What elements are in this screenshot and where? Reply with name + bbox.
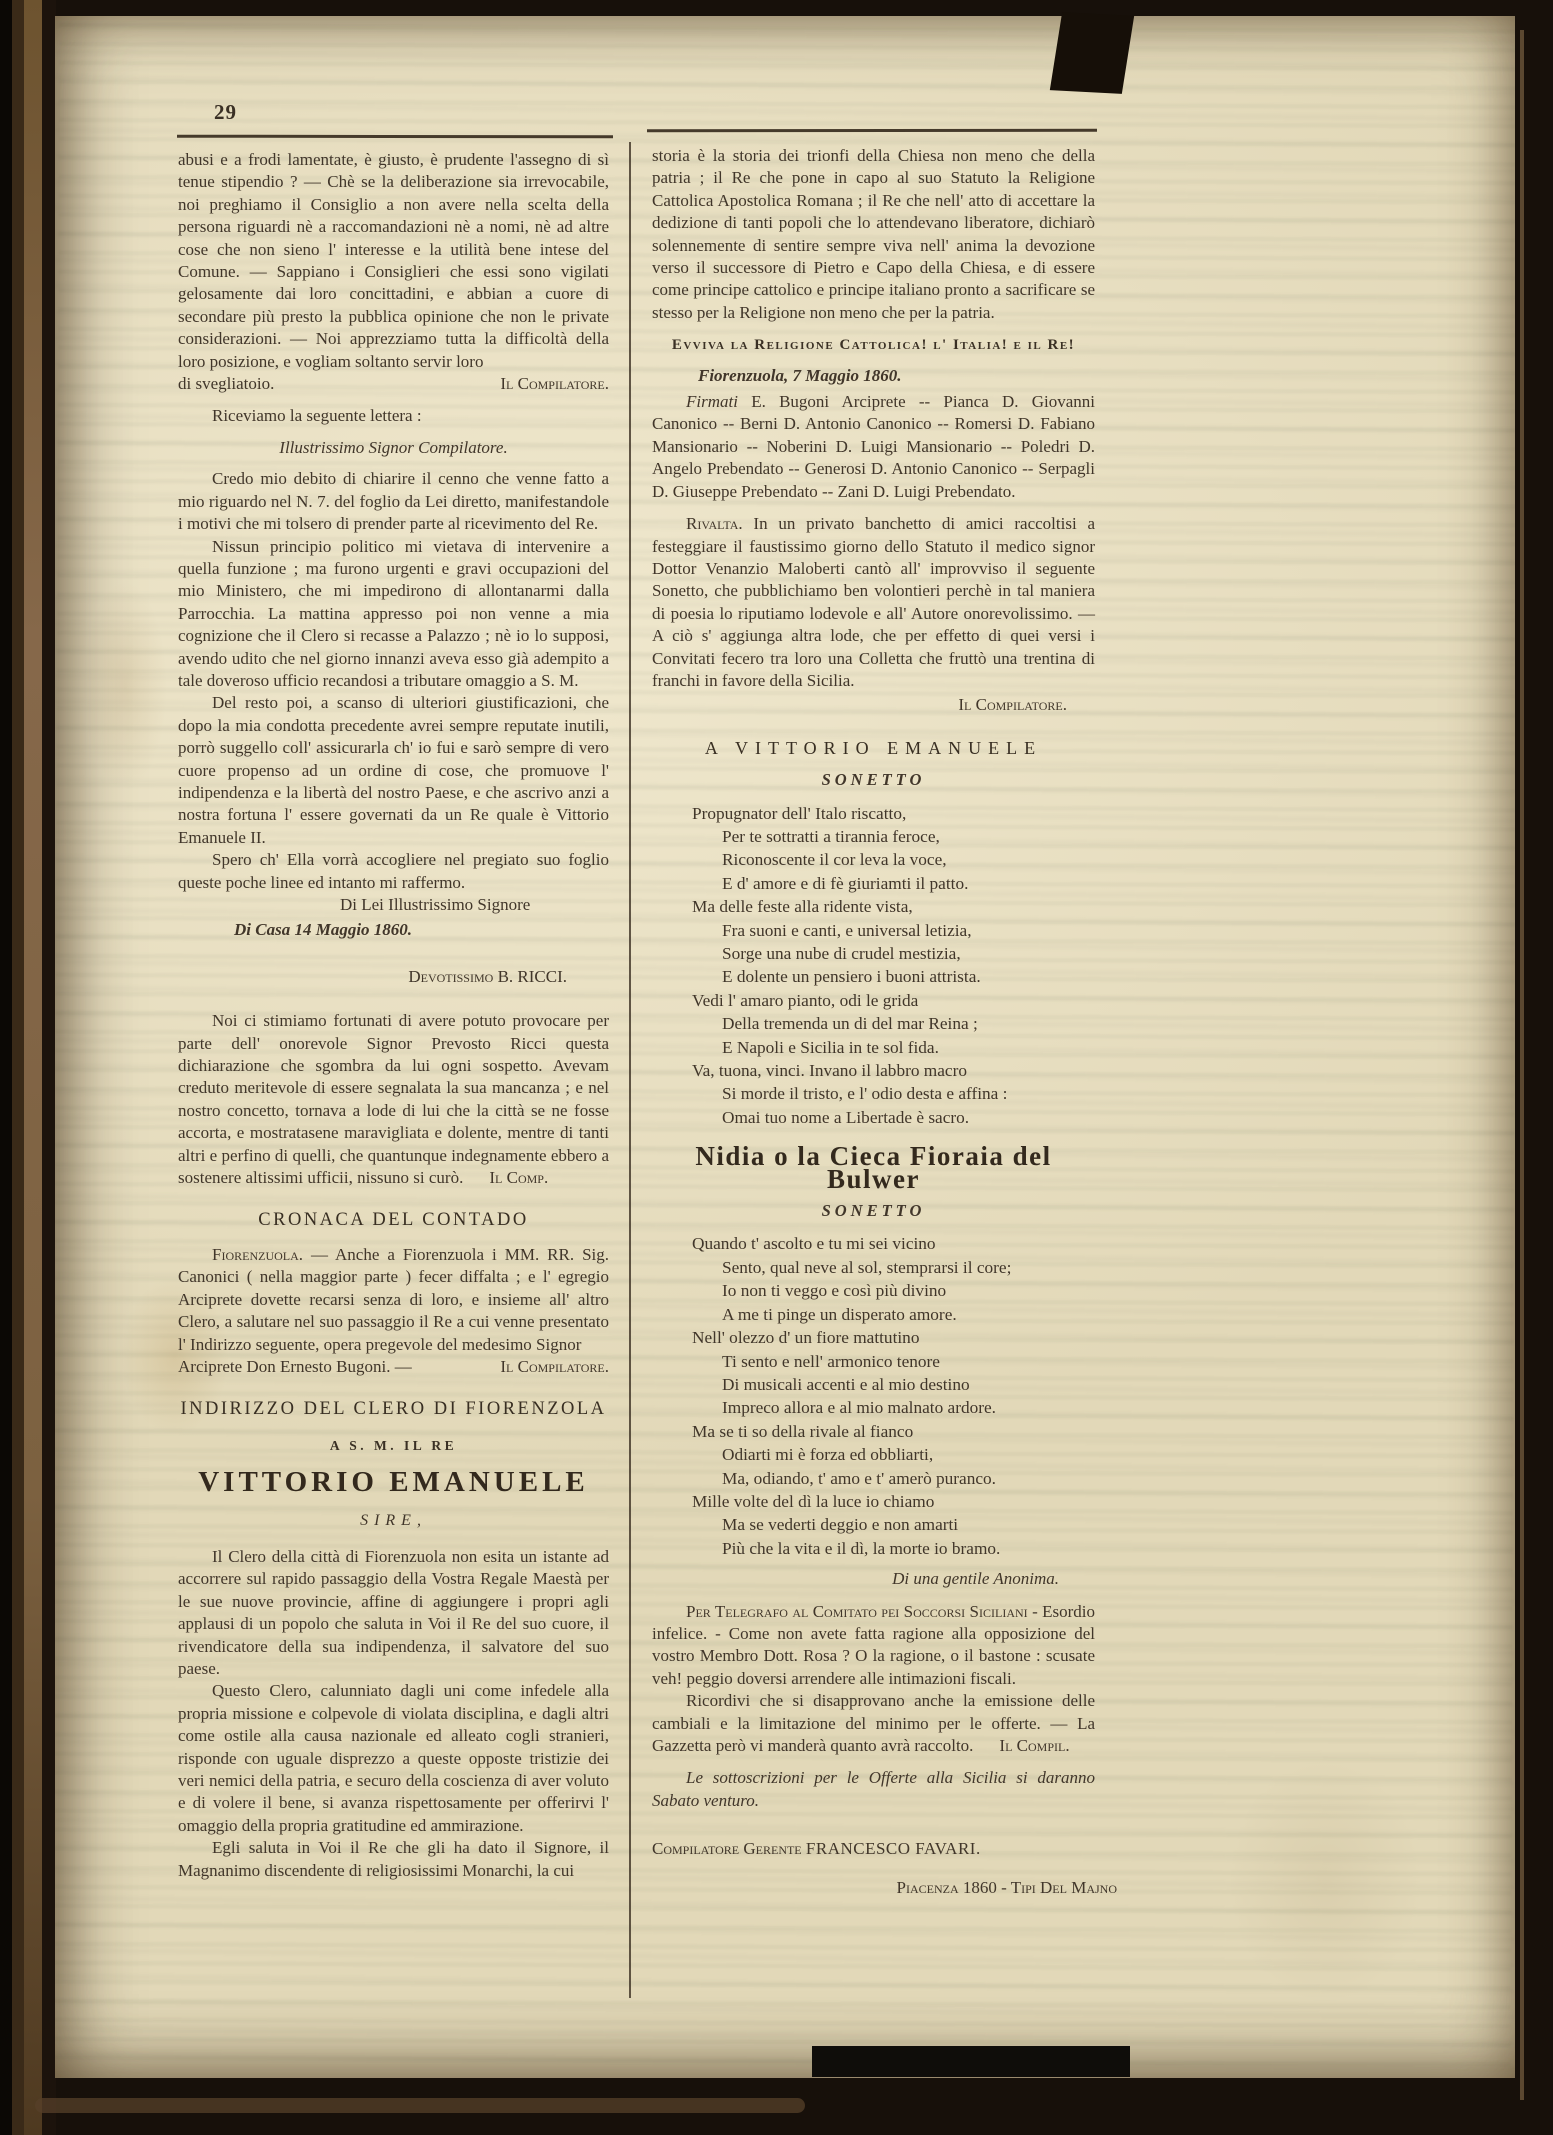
poem-line: Sorge una nube di crudel mestizia, — [722, 942, 1095, 965]
book-spine-gap — [42, 0, 56, 2135]
poem-line: Per te sottratti a tirannia feroce, — [722, 825, 1095, 848]
poem-line: Propugnator dell' Italo riscatto, — [692, 802, 1095, 825]
adjacent-page-corner — [1050, 12, 1134, 94]
compiler-signature: Il Compilatore. — [474, 1356, 609, 1378]
paragraph: Riceviamo la seguente lettera : — [178, 405, 609, 427]
letter-closing: Di Lei Illustrissimo Signore — [340, 894, 609, 916]
poem-line: Io non ti veggo e così più divino — [722, 1279, 1095, 1302]
book-binding-edge — [24, 0, 42, 2135]
poem-line: E dolente un pensiero i buoni attrista. — [722, 965, 1095, 988]
paragraph: Nissun principio politico mi vietava di … — [178, 536, 609, 693]
right-column: storia è la storia dei trionfi della Chi… — [652, 145, 1095, 1899]
letter-salutation: Illustrissimo Signor Compilatore. — [178, 437, 609, 459]
footer-name: FRANCESCO FAVARI. — [806, 1839, 981, 1858]
poem-line: Nell' olezzo d' un fiore mattutino — [692, 1326, 1095, 1349]
paragraph: Noi ci stimiamo fortunati di avere potut… — [178, 1010, 609, 1189]
column-divider — [629, 142, 631, 1998]
paragraph: Del resto poi, a scanso di ulteriori giu… — [178, 692, 609, 849]
tail-text: di svegliatoio. — [178, 373, 274, 395]
page-edge-bottom — [35, 2098, 805, 2113]
paragraph-continuation: abusi e a frodi lamentate, è giusto, è p… — [178, 149, 609, 373]
paragraph-notice: Le sottoscrizioni per le Offerte alla Si… — [652, 1767, 1095, 1812]
signature-name: B. RICCI. — [498, 967, 567, 986]
poem-line: Più che la vita e il dì, la morte io bra… — [722, 1537, 1095, 1560]
paragraph-fiorenzuola: Fiorenzuola. — Anche a Fiorenzuola i MM.… — [178, 1244, 609, 1356]
sonnet-nidia: Quando t' ascolto e tu mi sei vicino Sen… — [692, 1232, 1095, 1560]
subheading-a-s-m-il-re: A S. M. IL RE — [178, 1435, 609, 1457]
sonetto-heading: SONETTO — [652, 769, 1095, 791]
telegrafo-lead: Per Telegrafo al Comitato pei Soccorsi S… — [686, 1602, 1028, 1621]
paragraph: Egli saluta in Voi il Re che gli ha dato… — [178, 1837, 609, 1882]
book-spine-shadow — [12, 0, 24, 2135]
acclamation-line: Evviva la Religione Cattolica! l' Italia… — [652, 334, 1095, 356]
poem-line: Sento, qual neve al sol, stemprarsi il c… — [722, 1256, 1095, 1279]
section-heading-indirizzo: INDIRIZZO DEL CLERO DI FIORENZOLA — [178, 1398, 609, 1420]
poem-line: Mille volte del dì la luce io chiamo — [692, 1490, 1095, 1513]
acclamation-text: Evviva la Religione Cattolica! l' Italia… — [672, 337, 1075, 353]
paragraph-text: Noi ci stimiamo fortunati di avere potut… — [178, 1011, 609, 1187]
poem-line: Odiarti mi è forza ed obbliarti, — [722, 1443, 1095, 1466]
letter-dateline: Di Casa 14 Maggio 1860. — [234, 919, 609, 941]
letter-signature: Devotissimo B. RICCI. — [178, 966, 609, 988]
footer-role: Compilatore Gerente — [652, 1839, 802, 1858]
paper-stain — [65, 536, 185, 836]
compiler-signature: Il Comp. — [463, 1168, 548, 1187]
poem-title-a-vittorio-emanuele: A VITTORIO EMANUELE — [652, 737, 1095, 759]
dateline-fiorenzuola: Fiorenzuola, 7 Maggio 1860. — [698, 365, 1095, 387]
paragraph-telegrafo: Per Telegrafo al Comitato pei Soccorsi S… — [652, 1601, 1095, 1691]
poem-title-nidia: Nidia o la Cieca Fioraia del Bulwer — [652, 1145, 1095, 1190]
poem-line: Della tremenda un di del mar Reina ; — [722, 1012, 1095, 1035]
paragraph: Questo Clero, calunniato dagli uni come … — [178, 1680, 609, 1837]
compiler-signature: Il Compil. — [973, 1736, 1069, 1755]
book-cover-slab — [812, 2046, 1130, 2077]
poem-line: Riconoscente il cor leva la voce, — [722, 848, 1095, 871]
poem-line: Fra suoni e canti, e universal letizia, — [722, 919, 1095, 942]
paragraph-signatories: Firmati E. Bugoni Arciprete -- Pianca D.… — [652, 391, 1095, 503]
sonnet-vittorio-emanuele: Propugnator dell' Italo riscatto, Per te… — [692, 802, 1095, 1130]
page-number: 29 — [214, 100, 237, 125]
place-lead: Rivalta. — [686, 514, 743, 533]
paragraph: Il Clero della città di Fiorenzuola non … — [178, 1546, 609, 1680]
paragraph-continuation: storia è la storia dei trionfi della Chi… — [652, 145, 1095, 324]
poem-line: Omai tuo nome a Libertade è sacro. — [722, 1106, 1095, 1129]
left-column: abusi e a frodi lamentate, è giusto, è p… — [178, 149, 609, 1882]
paper-stain — [1195, 1716, 1455, 2046]
paragraph: Ricordivi che si disapprovano anche la e… — [652, 1690, 1095, 1757]
subheading-sire: SIRE, — [178, 1510, 609, 1532]
masthead-footer: Compilatore Gerente FRANCESCO FAVARI. — [652, 1838, 1095, 1860]
paragraph: Spero ch' Ella vorrà accogliere nel preg… — [178, 849, 609, 894]
paragraph: Credo mio debito di chiarire il cenno ch… — [178, 468, 609, 535]
poem-line: Vedi l' amaro pianto, odi le grida — [692, 989, 1095, 1012]
tail-text: Arciprete Don Ernesto Bugoni. — — [178, 1356, 412, 1378]
place-lead: Fiorenzuola. — [212, 1245, 303, 1264]
signature-lead: Devotissimo — [408, 967, 493, 986]
paragraph-text: In un privato banchetto di amici raccolt… — [652, 514, 1095, 690]
page-edge-right — [1520, 30, 1524, 2100]
poem-line: A me ti pinge un disperato amore. — [722, 1303, 1095, 1326]
paragraph-rivalta: Rivalta. In un privato banchetto di amic… — [652, 513, 1095, 692]
book-spine-dark — [0, 0, 12, 2135]
header-rule-left — [177, 135, 613, 139]
poem-line: Impreco allora e al mio malnato ardore. — [722, 1396, 1095, 1419]
firmati-lead: Firmati — [686, 392, 738, 411]
poem-line: Ma delle feste alla ridente vista, — [692, 895, 1095, 918]
printer-imprint: Piacenza 1860 - Tipi Del Majno — [652, 1877, 1117, 1899]
header-rule-right — [647, 129, 1097, 132]
sonetto-heading: SONETTO — [652, 1200, 1095, 1222]
poem-line: Ma se vederti deggio e non amarti — [722, 1513, 1095, 1536]
scanned-newspaper-page: { "page": { "number": "29" }, "colors": … — [0, 0, 1553, 2135]
newspaper-sheet: 29 abusi e a frodi lamentate, è giusto, … — [55, 16, 1515, 2078]
poem-line: E d' amore e di fè giuriamti il patto. — [722, 872, 1095, 895]
poem-line: Di musicali accenti e al mio destino — [722, 1373, 1095, 1396]
compiler-signature: Il Compilatore. — [652, 694, 1095, 716]
poem-line: Si morde il tristo, e l' odio desta e af… — [722, 1082, 1095, 1105]
poem-line: E Napoli e Sicilia in te sol fida. — [722, 1036, 1095, 1059]
section-heading-cronaca: CRONACA DEL CONTADO — [178, 1209, 609, 1231]
poem-line: Va, tuona, vinci. Invano il labbro macro — [692, 1059, 1095, 1082]
compiler-signature: Il Compilatore. — [474, 373, 609, 395]
paragraph-tail-line: Arciprete Don Ernesto Bugoni. — Il Compi… — [178, 1356, 609, 1378]
poem-line: Ma se ti so della rivale al fianco — [692, 1420, 1095, 1443]
paragraph-tail-line: di svegliatoio. Il Compilatore. — [178, 373, 609, 395]
poem-line: Ma, odiando, t' amo e t' amerò puranco. — [722, 1467, 1095, 1490]
poem-line: Quando t' ascolto e tu mi sei vicino — [692, 1232, 1095, 1255]
poem-line: Ti sento e nell' armonico tenore — [722, 1350, 1095, 1373]
title-vittorio-emanuele: VITTORIO EMANUELE — [178, 1471, 609, 1493]
poem-attribution: Di una gentile Anonima. — [652, 1568, 1095, 1590]
